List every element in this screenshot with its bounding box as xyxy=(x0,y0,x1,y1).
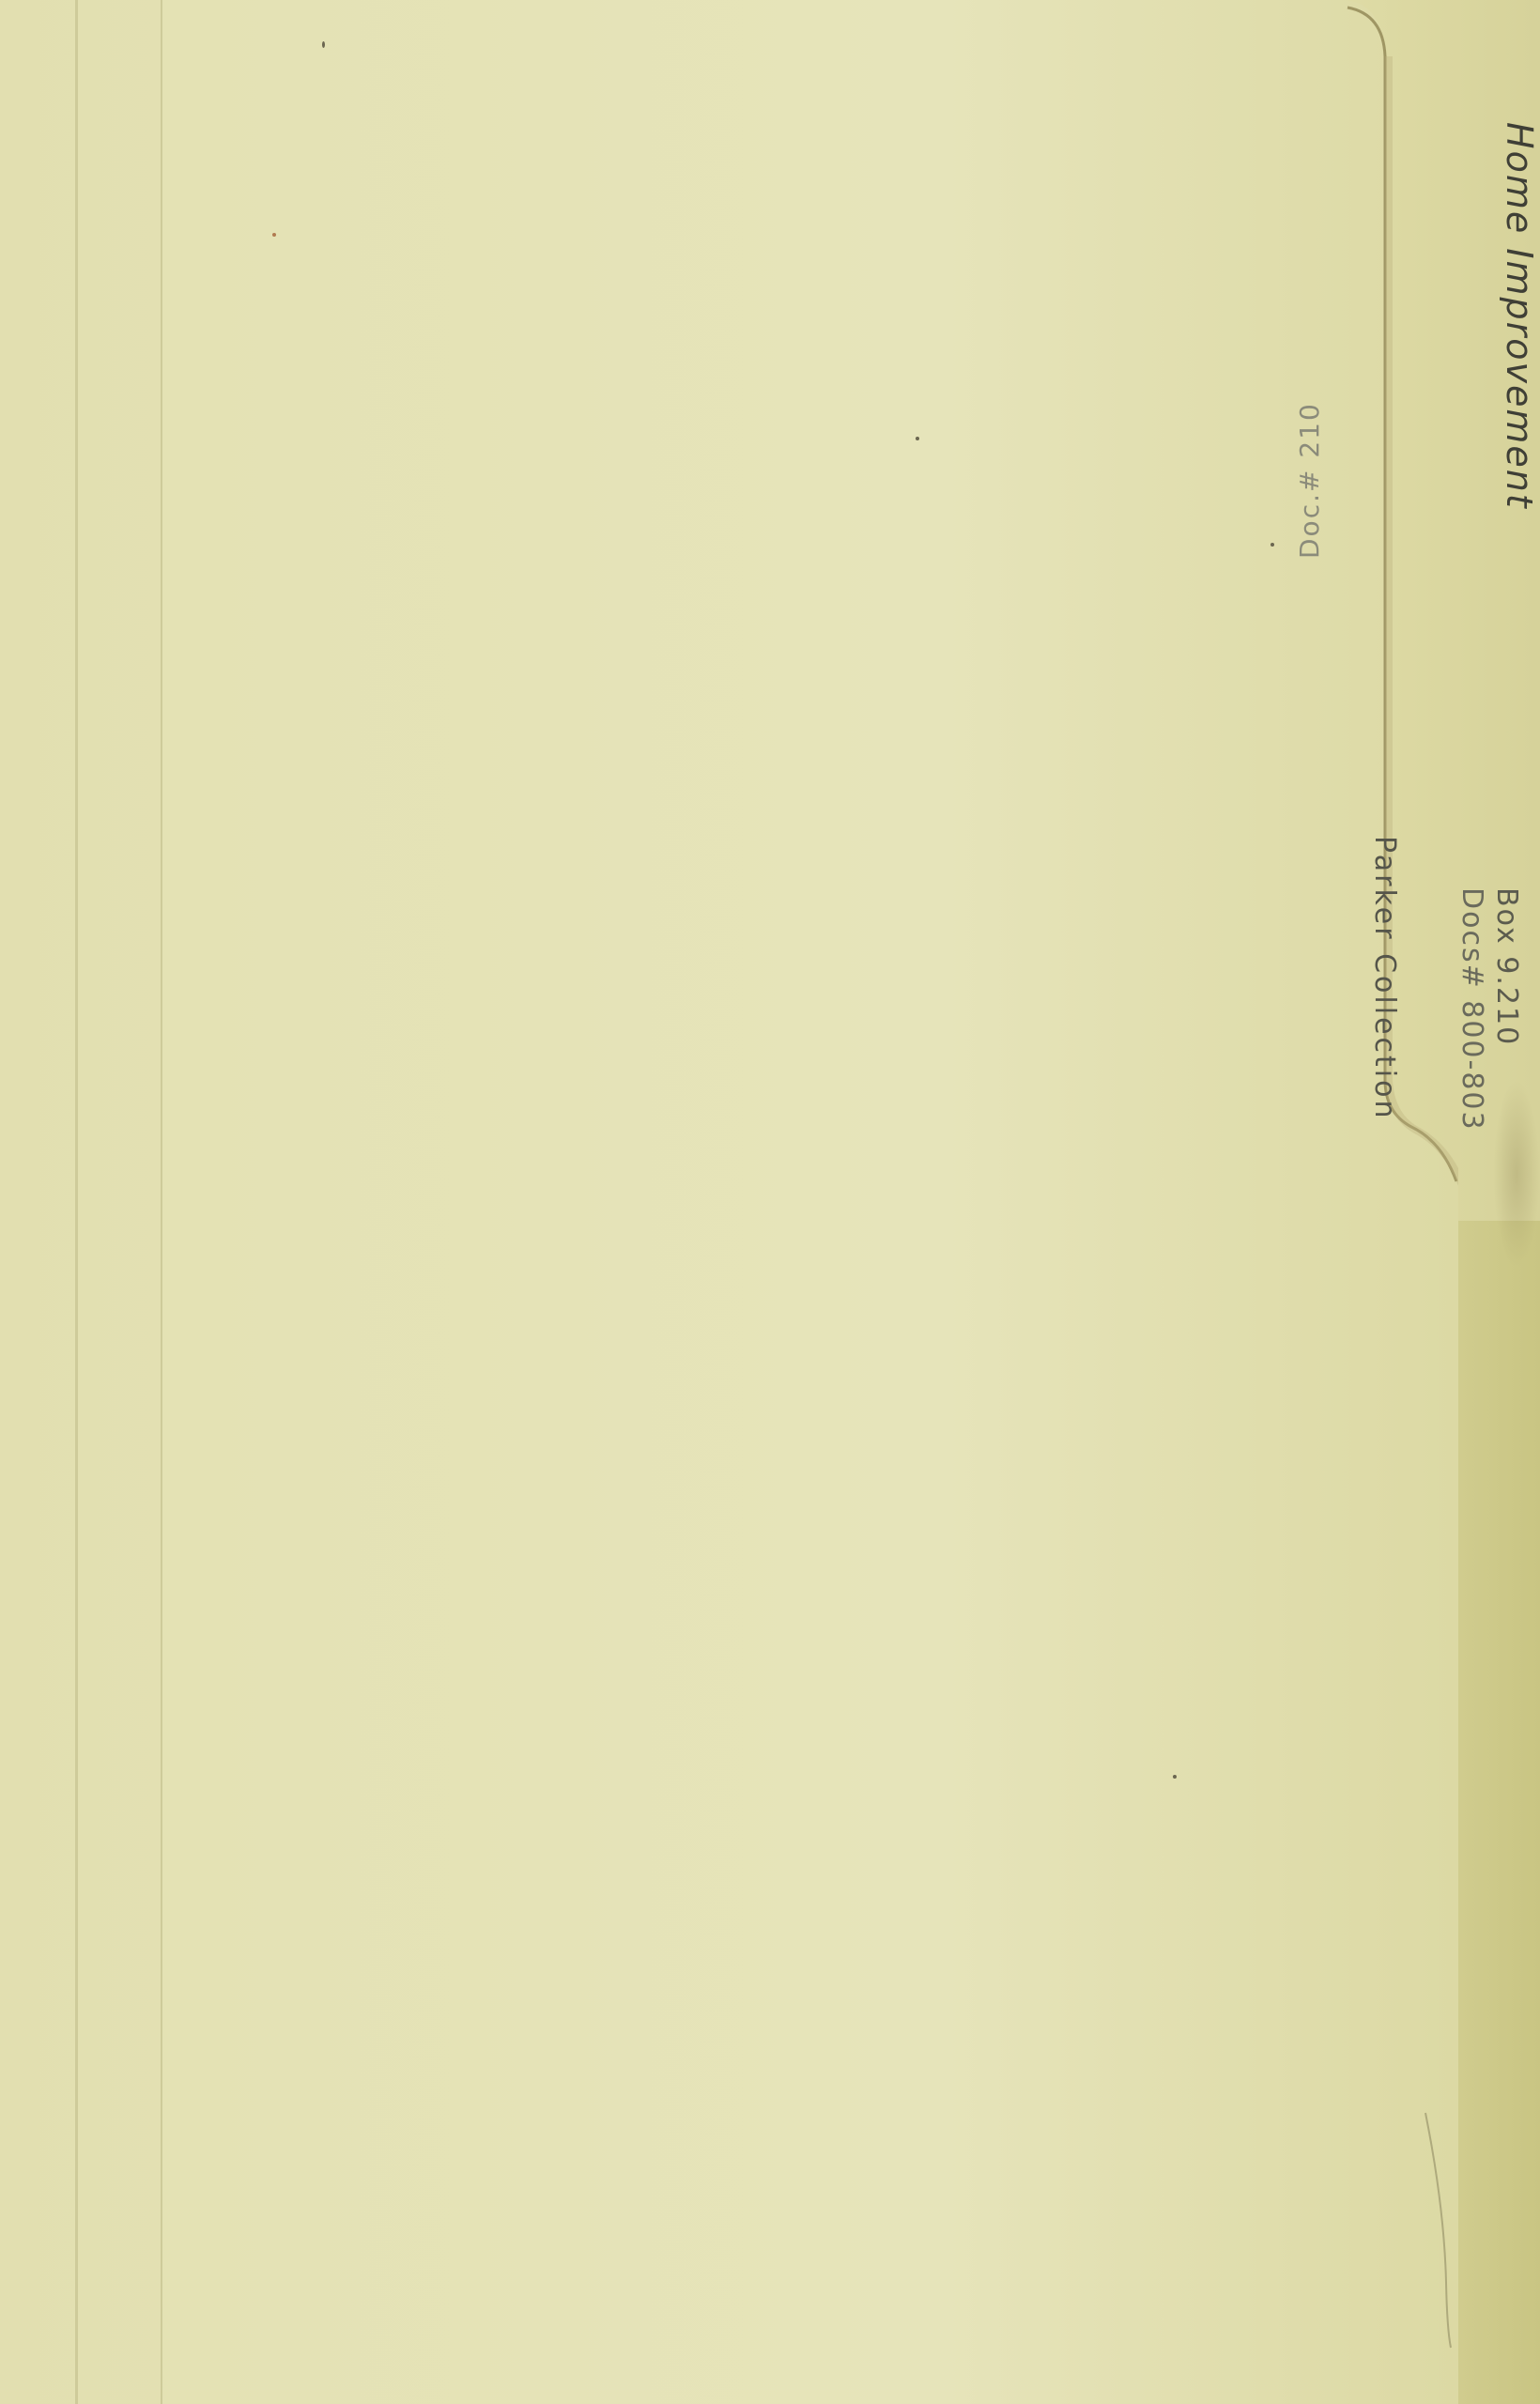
speck xyxy=(272,233,276,237)
label-collection: Parker Collection xyxy=(1368,836,1401,1120)
label-box-number: Box 9.210 xyxy=(1490,887,1523,1046)
folder-back-edge xyxy=(1458,1221,1540,2404)
speck xyxy=(1173,1775,1177,1779)
folder-fold-line xyxy=(75,0,78,2404)
label-subject: Home Improvement xyxy=(1499,122,1540,510)
folder-wear-stain xyxy=(1493,1080,1540,1268)
speck xyxy=(916,437,919,440)
folder-front-flap xyxy=(162,0,1458,2404)
speck xyxy=(1270,543,1274,547)
label-doc-number: Doc.# 210 xyxy=(1294,402,1325,559)
speck xyxy=(322,41,325,48)
label-docs-range: Docs# 800-803 xyxy=(1455,887,1488,1132)
